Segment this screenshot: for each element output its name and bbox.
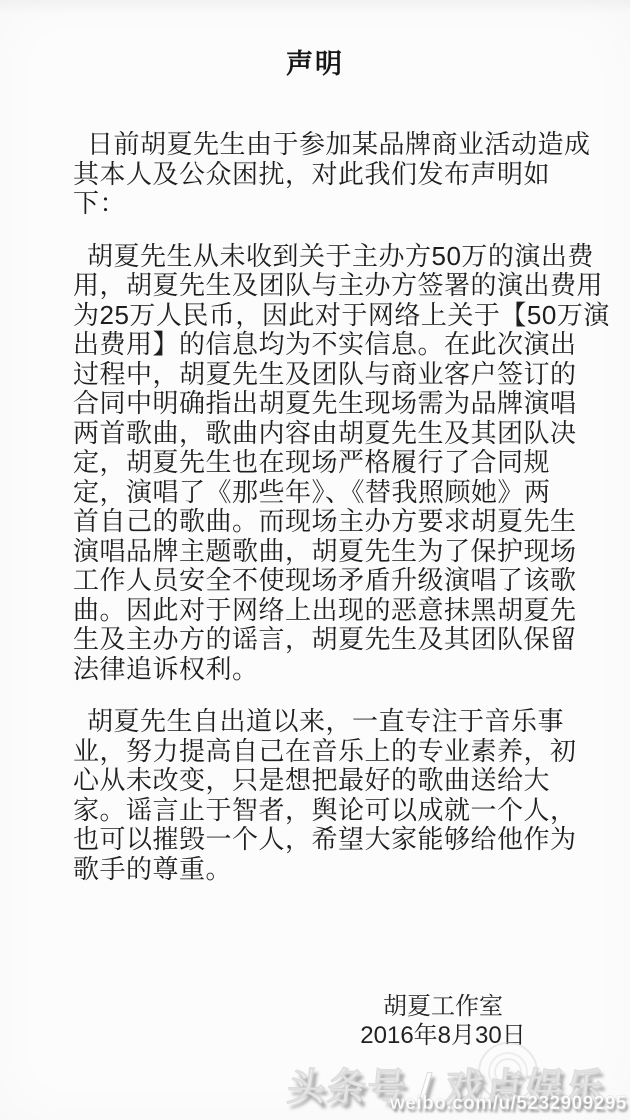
paragraph-line: 工作人员安全不使现场矛盾升级演唱了该歌 <box>73 566 594 596</box>
paragraph-line: 歌手的尊重。 <box>73 855 594 885</box>
paragraph-line: 法律追诉权利。 <box>73 655 594 685</box>
paragraph-line: 其本人及公众困扰，对此我们发布声明如 <box>73 160 594 190</box>
paragraph-line: 演唱品牌主题歌曲，胡夏先生为了保护现场 <box>73 537 594 567</box>
paragraph-line: 也可以摧毁一个人，希望大家能够给他作为 <box>73 825 594 855</box>
paragraph-line: 出费用】的信息均为不实信息。在此次演出 <box>73 330 594 360</box>
paragraph-line: 胡夏先生自出道以来，一直专注于音乐事 <box>73 707 594 737</box>
paragraph-line: 定，演唱了《那些年》、《替我照顾她》两 <box>73 478 594 508</box>
paragraph-line: 为25万人民币，因此对于网络上关于【50万演 <box>73 301 594 331</box>
watermark-logo-icon <box>478 1042 538 1102</box>
paragraph-line: 业，努力提高自己在音乐上的专业素养，初 <box>73 737 594 767</box>
paragraph-line: 胡夏先生从未收到关于主办方50万的演出费 <box>73 242 594 272</box>
paragraph-2: 胡夏先生从未收到关于主办方50万的演出费用，胡夏先生及团队与主办方签署的演出费用… <box>73 242 594 685</box>
paragraph-line: 曲。因此对于网络上出现的恶意抹黑胡夏先 <box>73 596 594 626</box>
page-title: 声明 <box>0 42 630 81</box>
statement-document: 声明 日前胡夏先生由于参加某品牌商业活动造成其本人及公众困扰，对此我们发布声明如… <box>0 0 630 1120</box>
signature: 胡夏工作室 <box>332 992 554 1021</box>
statement-body: 日前胡夏先生由于参加某品牌商业活动造成其本人及公众困扰，对此我们发布声明如下：胡… <box>73 130 594 907</box>
paragraph-line: 用，胡夏先生及团队与主办方签署的演出费用 <box>73 271 594 301</box>
paragraph-line: 过程中，胡夏先生及团队与商业客户签订的 <box>73 360 594 390</box>
paragraph-line: 生及主办方的谣言，胡夏先生及其团队保留 <box>73 625 594 655</box>
paragraph-line: 合同中明确指出胡夏先生现场需为品牌演唱 <box>73 389 594 419</box>
paragraph-line: 下： <box>73 189 594 219</box>
signature-block: 胡夏工作室 2016年8月30日 <box>332 992 554 1050</box>
statement-date: 2016年8月30日 <box>332 1021 554 1050</box>
paragraph-1: 日前胡夏先生由于参加某品牌商业活动造成其本人及公众困扰，对此我们发布声明如下： <box>73 130 594 219</box>
paragraph-line: 首自己的歌曲。而现场主办方要求胡夏先生 <box>73 507 594 537</box>
paragraph-line: 心从未改变，只是想把最好的歌曲送给大 <box>73 766 594 796</box>
paragraph-3: 胡夏先生自出道以来，一直专注于音乐事业，努力提高自己在音乐上的专业素养，初心从未… <box>73 707 594 884</box>
paragraph-line: 定，胡夏先生也在现场严格履行了合同规 <box>73 448 594 478</box>
paragraph-line: 两首歌曲，歌曲内容由胡夏先生及其团队决 <box>73 419 594 449</box>
paragraph-line: 家。谣言止于智者，舆论可以成就一个人， <box>73 796 594 826</box>
watermark-url: weibo.com/u/5232909295 <box>390 1093 627 1115</box>
paragraph-line: 日前胡夏先生由于参加某品牌商业活动造成 <box>73 130 594 160</box>
watermark-source: 头条号 / 戏点娱乐 <box>285 1056 608 1111</box>
